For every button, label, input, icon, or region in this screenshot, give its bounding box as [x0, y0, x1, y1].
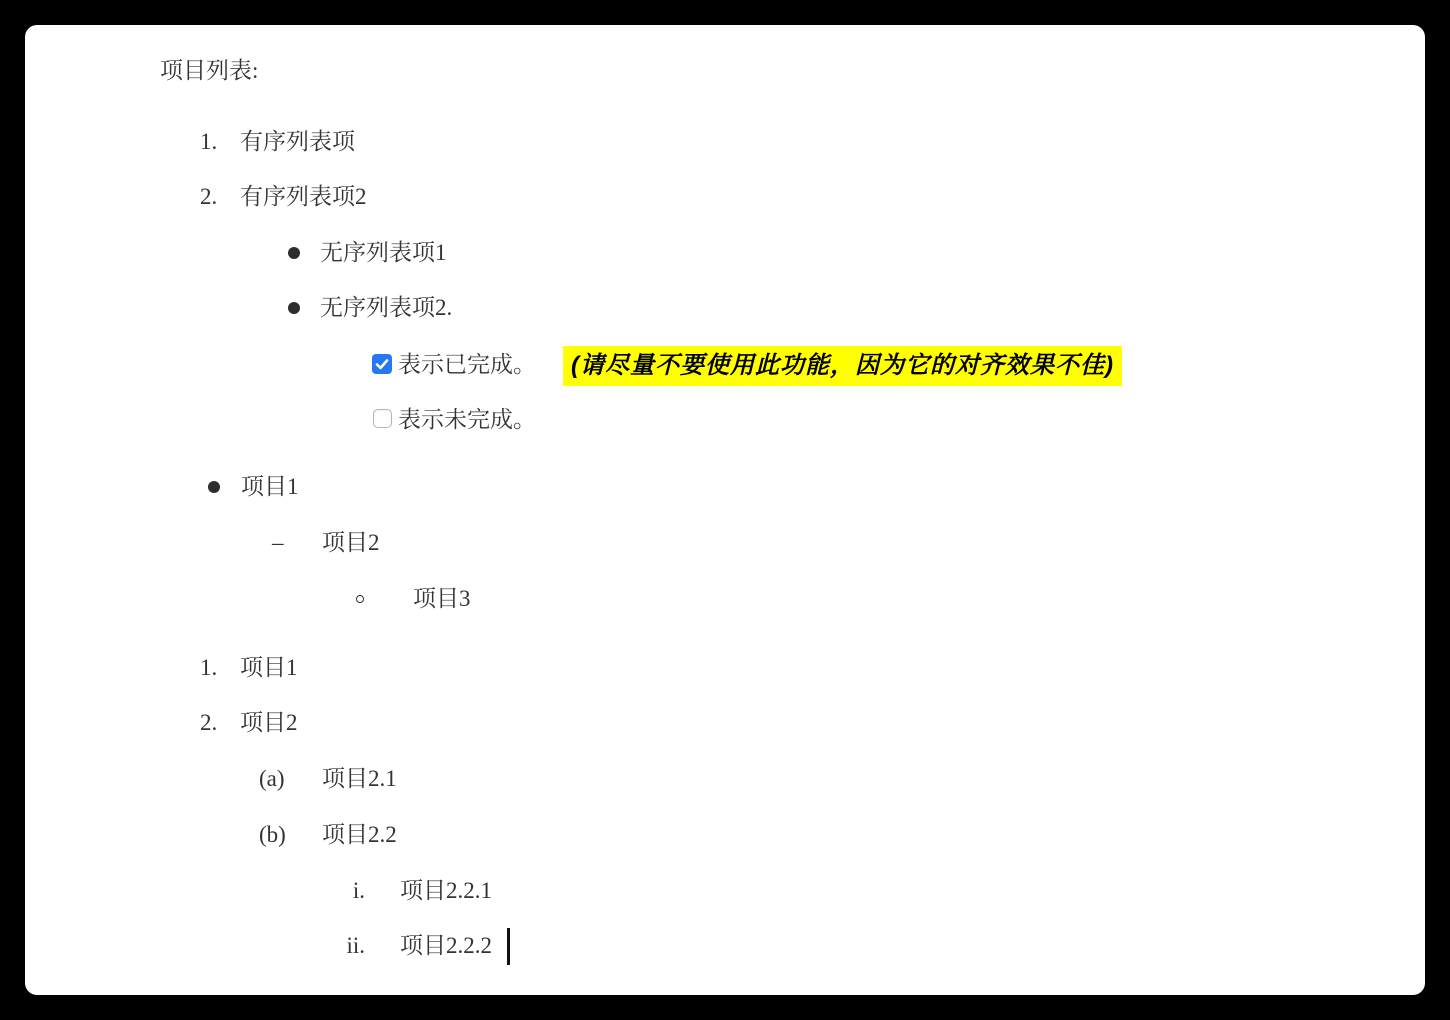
- todo-item-undone: 表示未完成。: [25, 404, 1425, 436]
- intro-text: 项目列表:: [160, 55, 258, 87]
- list-item-text: 项目2.2.2: [400, 930, 492, 962]
- list-item-text: 项目3: [413, 583, 471, 615]
- list-item-text: 项目2.2: [322, 819, 397, 851]
- list-item: i. 项目2.2.1: [25, 875, 1425, 907]
- list-item: ii. 项目2.2.2: [25, 930, 1425, 962]
- list-item: 项目1: [25, 471, 1425, 503]
- list-item: 无序列表项2.: [25, 292, 1425, 324]
- list-item-text: 项目1: [241, 471, 299, 503]
- list-marker: ii.: [305, 930, 365, 962]
- list-item-text: 项目2.2.1: [400, 875, 492, 907]
- list-item-text: 项目2: [240, 707, 298, 739]
- todo-label: 表示已完成。: [398, 349, 536, 381]
- bullet-disc-icon: [208, 481, 220, 493]
- bullet-disc-icon: [288, 302, 300, 314]
- list-item: 项目3: [25, 583, 1425, 615]
- list-item-text: 无序列表项2.: [320, 292, 452, 324]
- document-canvas[interactable]: 项目列表: 1. 有序列表项 2. 有序列表项2 无序列表项1 无序列表项2.: [25, 25, 1425, 995]
- list-item: – 项目2: [25, 527, 1425, 559]
- list-item: 1. 项目1: [25, 652, 1425, 684]
- bullet-dash-icon: –: [272, 527, 284, 559]
- list-item: (b) 项目2.2: [25, 819, 1425, 851]
- bullet-disc-icon: [288, 247, 300, 259]
- highlighted-note: (请尽量不要使用此功能，因为它的对齐效果不佳): [563, 346, 1122, 386]
- list-marker: 1.: [200, 652, 217, 684]
- list-item: 2. 项目2: [25, 707, 1425, 739]
- list-item: (a) 项目2.1: [25, 763, 1425, 795]
- list-marker: (a): [259, 763, 285, 795]
- intro-line: 项目列表:: [25, 55, 1425, 87]
- todo-label: 表示未完成。: [398, 404, 536, 436]
- list-item-text: 项目1: [240, 652, 298, 684]
- list-marker: 2.: [200, 707, 217, 739]
- checkmark-icon: [374, 356, 390, 372]
- list-item-text: 有序列表项2: [240, 181, 367, 213]
- list-item: 无序列表项1: [25, 237, 1425, 269]
- list-marker: 2.: [200, 181, 217, 213]
- list-item: 2. 有序列表项2: [25, 181, 1425, 213]
- bullet-circle-icon: [356, 595, 364, 603]
- list-item-text: 项目2: [322, 527, 380, 559]
- text-cursor: [507, 928, 510, 965]
- list-item: 1. 有序列表项: [25, 126, 1425, 158]
- list-marker: (b): [259, 819, 286, 851]
- app-frame: 项目列表: 1. 有序列表项 2. 有序列表项2 无序列表项1 无序列表项2.: [0, 0, 1450, 1020]
- checkbox-unchecked[interactable]: [373, 409, 392, 428]
- checkbox-checked[interactable]: [372, 354, 392, 374]
- list-item-text: 有序列表项: [240, 126, 355, 158]
- list-item-text: 项目2.1: [322, 763, 397, 795]
- list-marker: i.: [305, 875, 365, 907]
- list-item-text: 无序列表项1: [320, 237, 447, 269]
- list-marker: 1.: [200, 126, 217, 158]
